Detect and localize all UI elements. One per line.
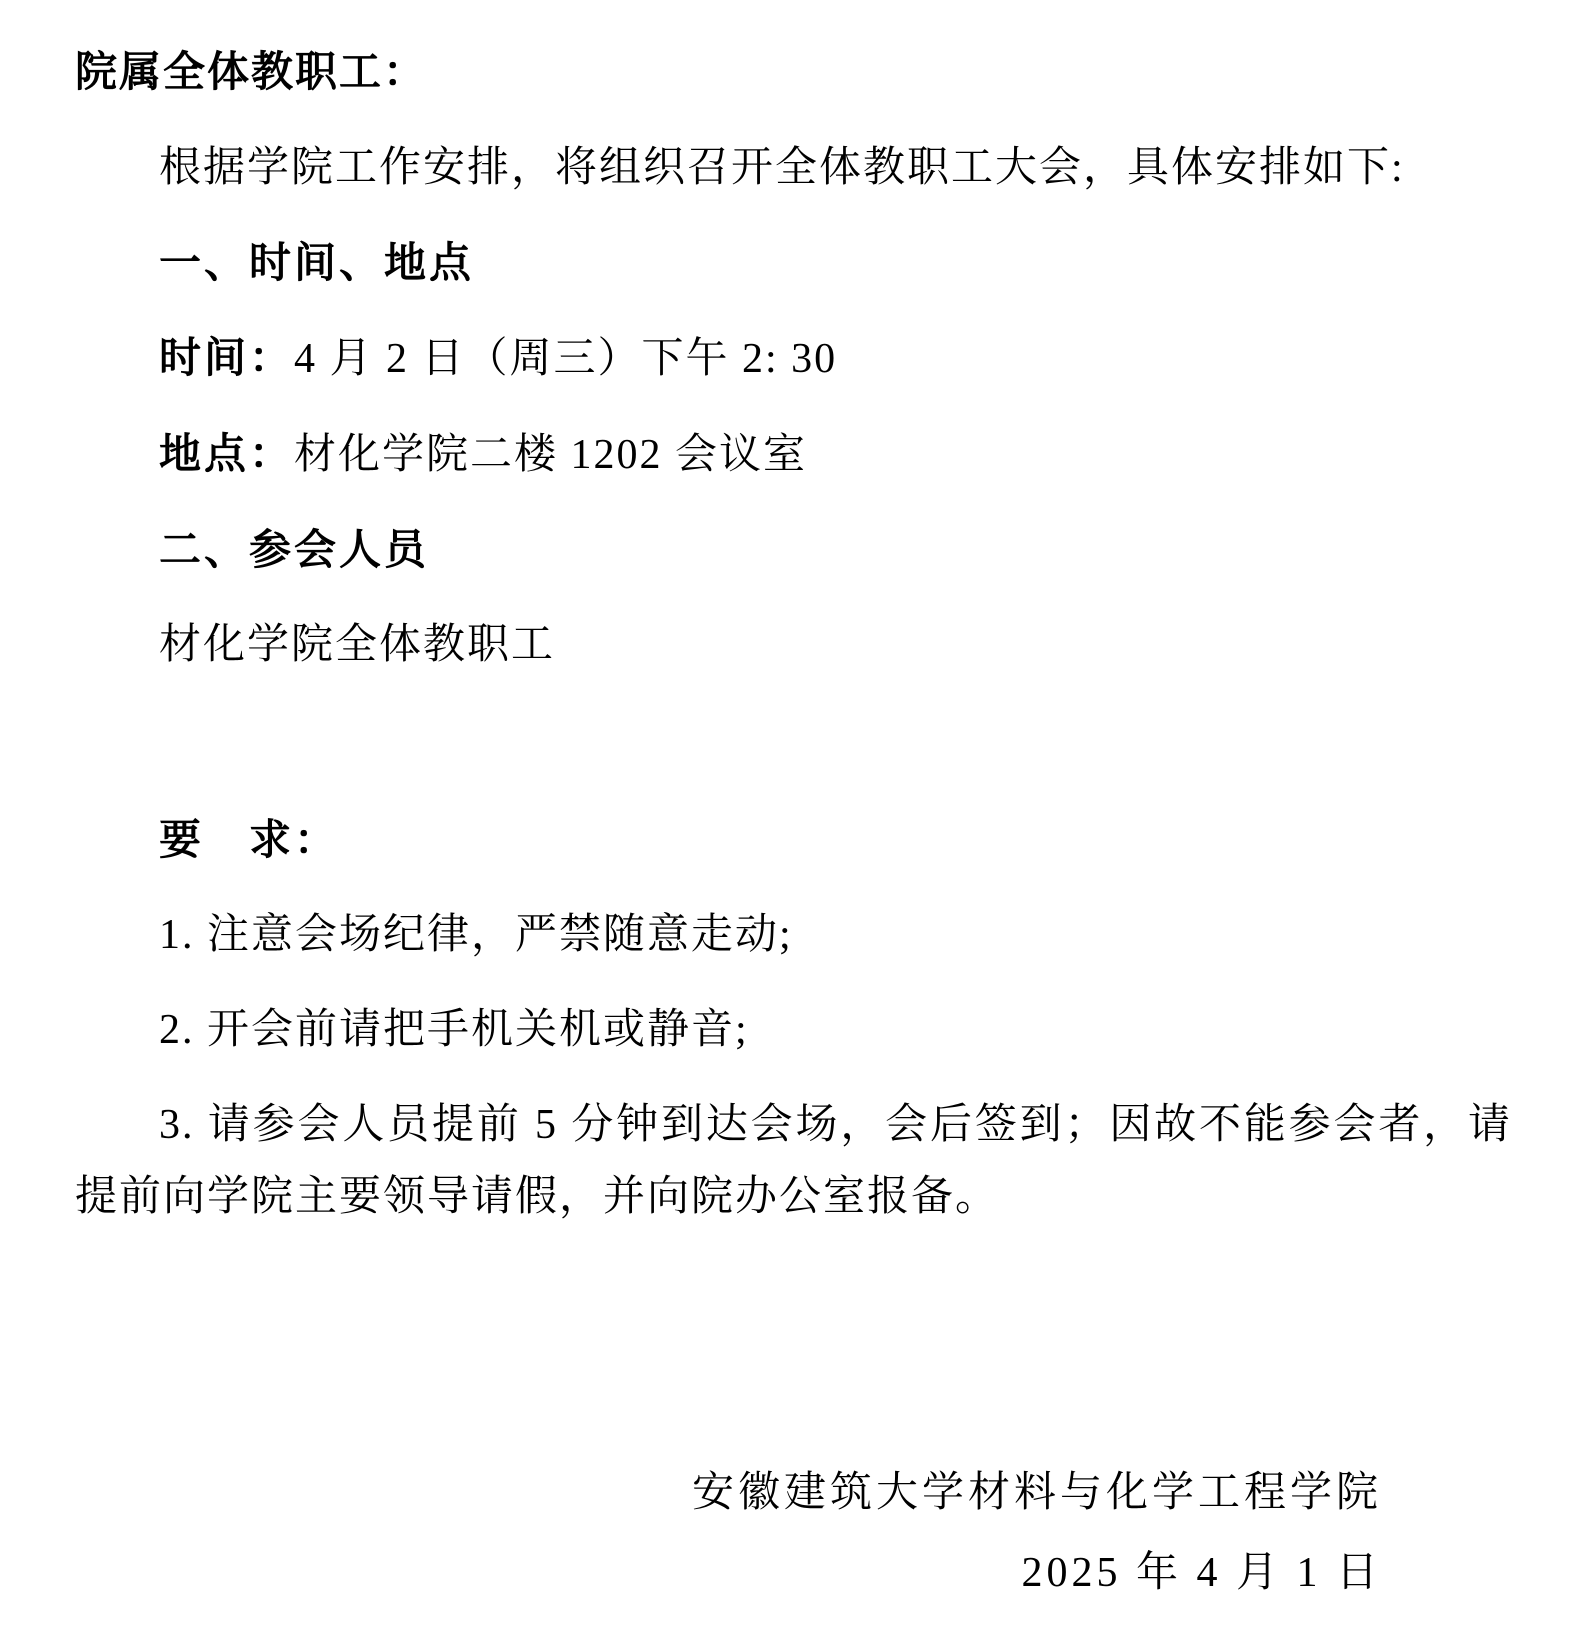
place-line: 地点：材化学院二楼 1202 会议室: [75, 418, 1512, 491]
requirement-item-2: 2. 开会前请把手机关机或静音;: [75, 994, 1512, 1066]
salutation: 院属全体教职工：: [75, 37, 1512, 109]
participants-paragraph: 材化学院全体教职工: [75, 609, 1512, 681]
place-value: 材化学院二楼 1202 会议室: [294, 432, 807, 478]
requirement-item-1: 1. 注意会场纪律，严禁随意走动;: [75, 899, 1512, 971]
document-page: 院属全体教职工： 根据学院工作安排，将组织召开全体教职工大会，具体安排如下: 一…: [0, 0, 1587, 1643]
requirements-heading: 要 求：: [75, 804, 1512, 876]
time-value: 4 月 2 日（周三）下午 2: 30: [294, 336, 837, 382]
signature-org: 安徽建筑大学材料与化学工程学院: [75, 1457, 1512, 1529]
requirement-item-3: 3. 请参会人员提前 5 分钟到达会场，会后签到；因故不能参会者，请提前向学院主…: [75, 1089, 1512, 1233]
section2-heading: 二、参会人员: [75, 514, 1512, 586]
time-label: 时间：: [159, 334, 294, 381]
time-line: 时间：4 月 2 日（周三）下午 2: 30: [75, 322, 1512, 395]
signature-date: 2025 年 4 月 1 日: [75, 1537, 1512, 1609]
place-label: 地点：: [159, 430, 294, 477]
section1-heading: 一、时间、地点: [75, 227, 1512, 299]
intro-paragraph: 根据学院工作安排，将组织召开全体教职工大会，具体安排如下:: [75, 132, 1512, 204]
